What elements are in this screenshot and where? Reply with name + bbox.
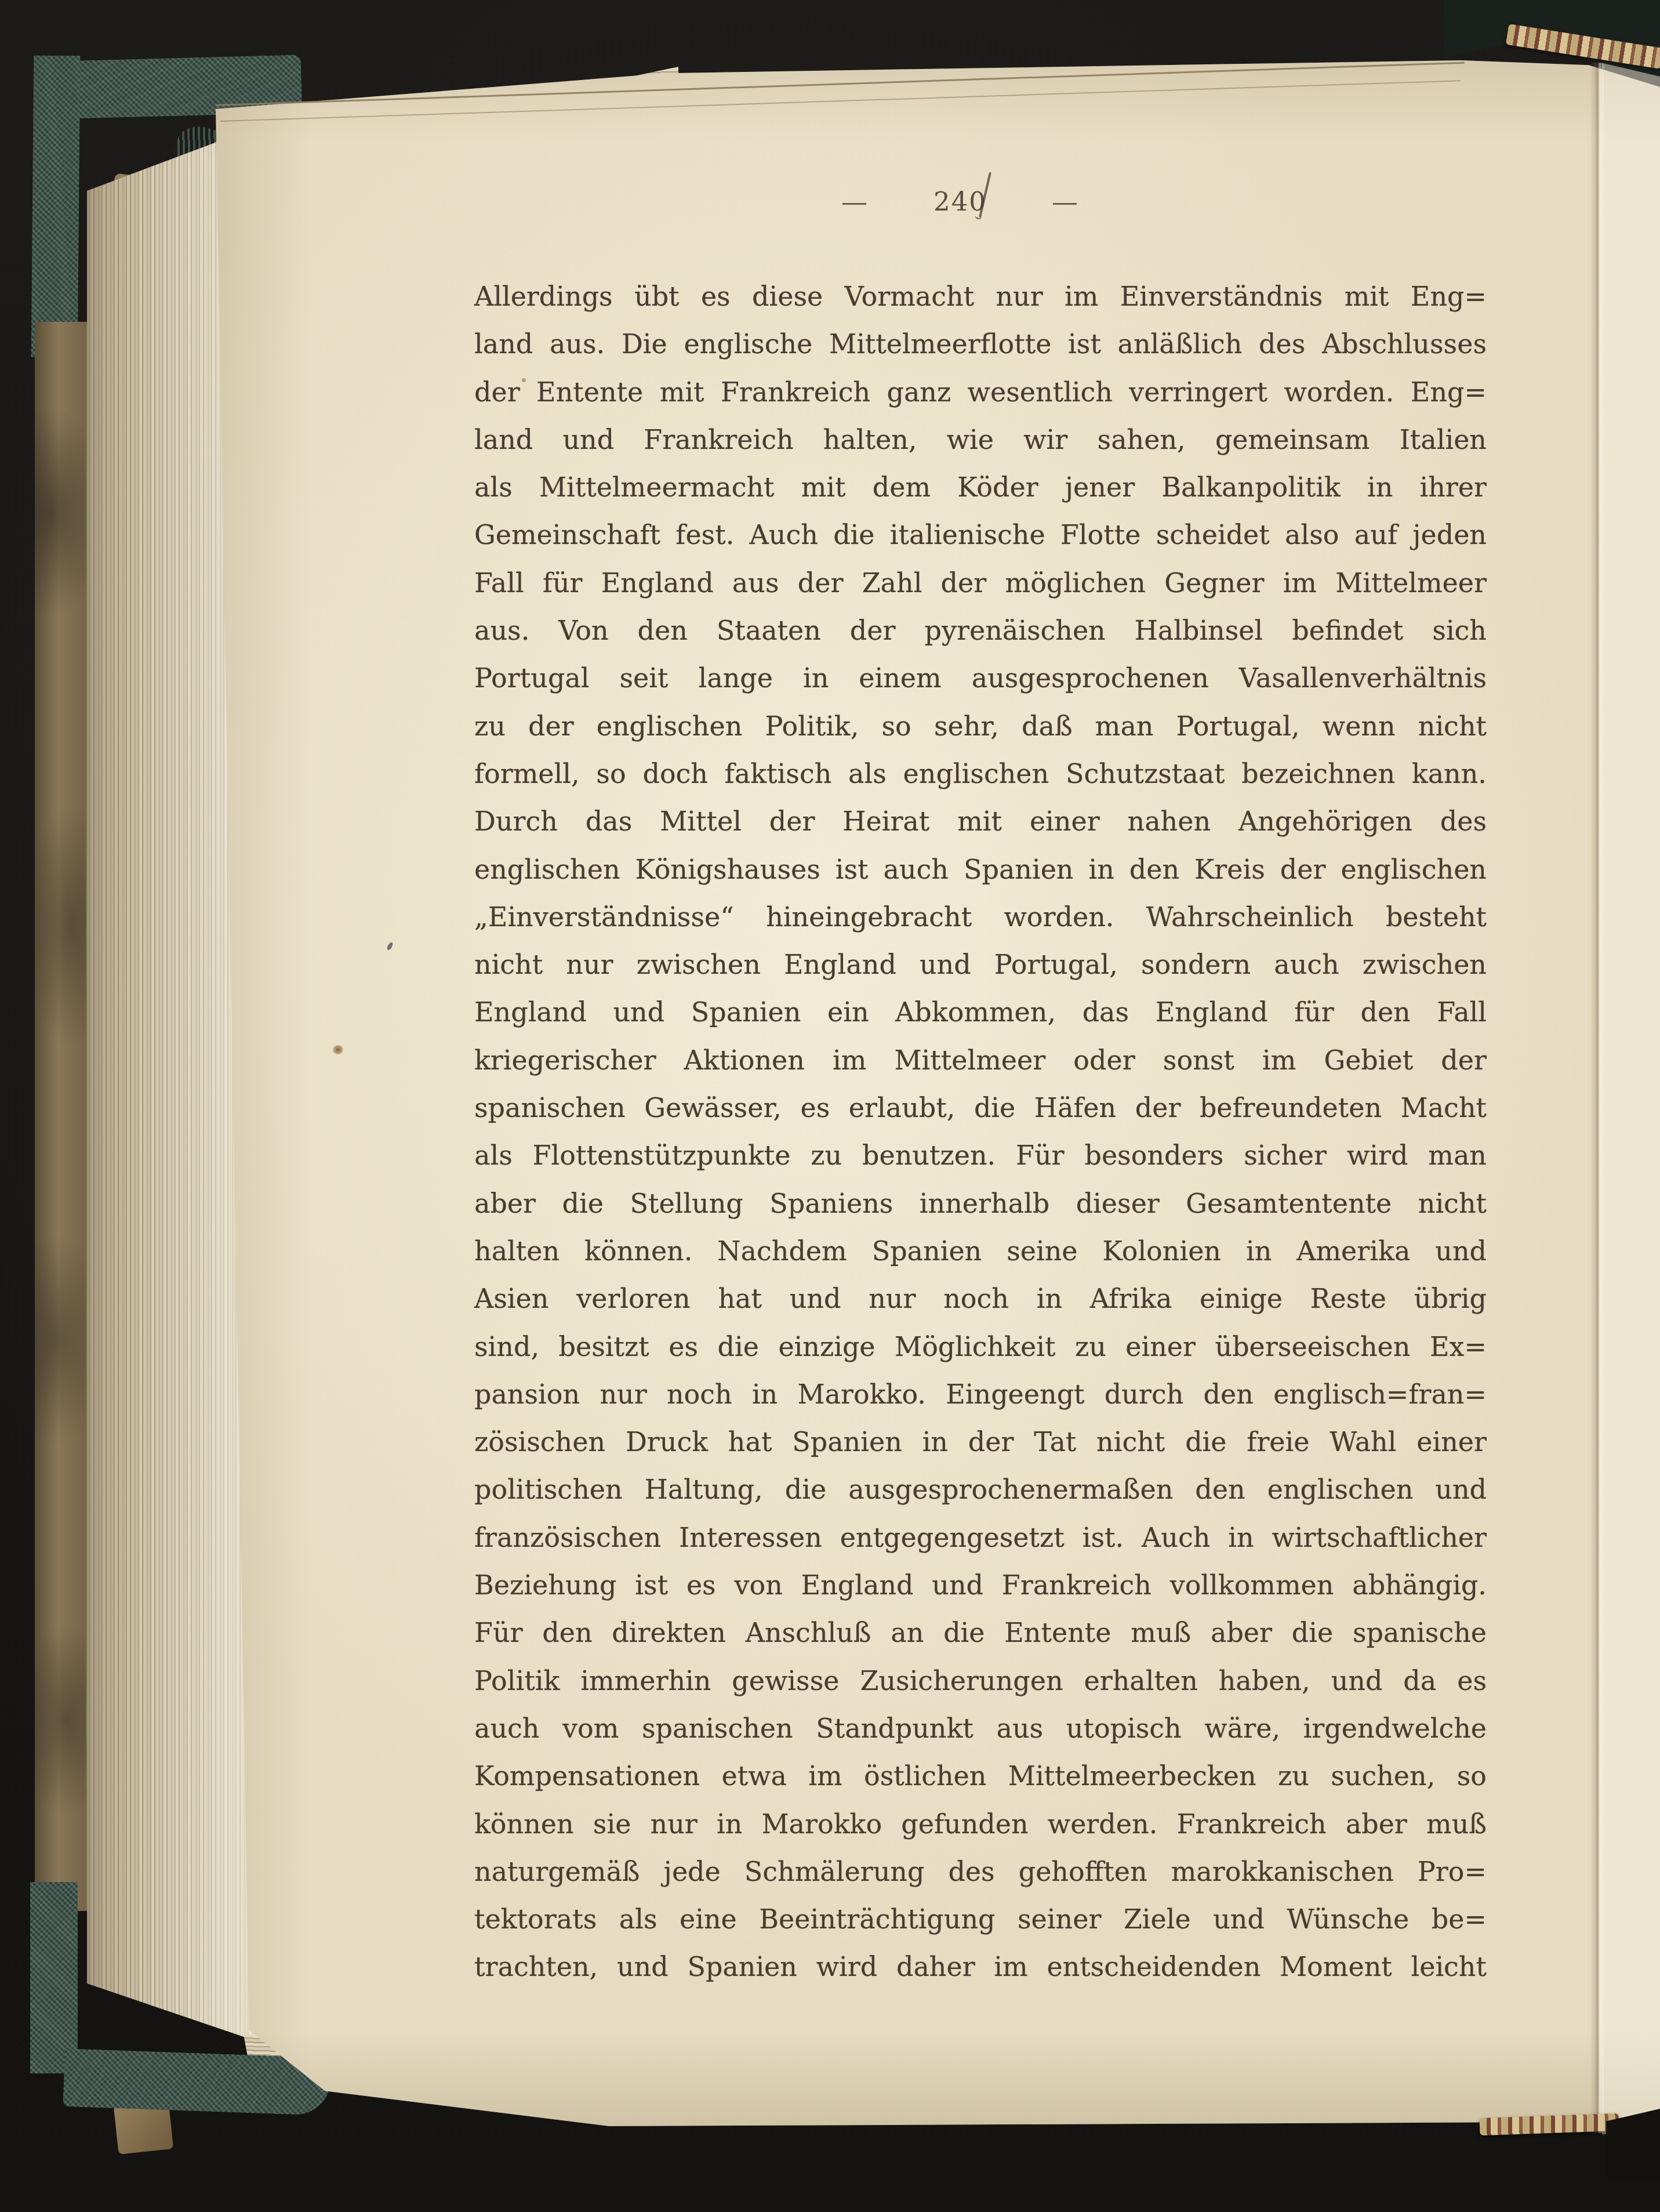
text-line: Fall für England aus der Zahl der möglic…: [474, 559, 1487, 607]
cover-cloth-edge-top: [31, 56, 81, 358]
text-line: „Einverständnisse“ hineingebracht worden…: [474, 893, 1487, 941]
text-line: spanischen Gewässer, es erlaubt, die Häf…: [474, 1084, 1487, 1132]
foxing-spot: [333, 1045, 343, 1054]
text-line: Gemeinschaft fest. Auch die italienische…: [474, 511, 1487, 559]
text-line: Beziehung ist es von England und Frankre…: [474, 1561, 1487, 1609]
text-line: England und Spanien ein Abkommen, das En…: [474, 988, 1487, 1036]
text-line: nicht nur zwischen England und Portugal,…: [474, 941, 1487, 988]
text-line: land aus. Die englische Mittelmeerflotte…: [474, 320, 1487, 368]
text-line: Kompensationen etwa im östlichen Mittelm…: [474, 1752, 1487, 1800]
text-line: halten können. Nachdem Spanien seine Kol…: [474, 1227, 1487, 1275]
text-line: Durch das Mittel der Heirat mit einer na…: [474, 797, 1487, 845]
text-line: trachten, und Spanien wird daher im ents…: [474, 1943, 1487, 1990]
text-line: Allerdings übt es diese Vormacht nur im …: [474, 273, 1487, 320]
gutter-page-area: [1602, 58, 1660, 2134]
text-line: land und Frankreich halten, wie wir sahe…: [474, 416, 1487, 463]
text-line: als Mittelmeermacht mit dem Köder jener …: [474, 463, 1487, 511]
text-line: Politik immerhin gewisse Zusicherungen e…: [474, 1657, 1487, 1705]
text-line: als Flottenstützpunkte zu benutzen. Für …: [474, 1132, 1487, 1179]
text-line: aus. Von den Staaten der pyrenäischen Ha…: [474, 607, 1487, 654]
text-line: können sie nur in Marokko gefunden werde…: [474, 1800, 1487, 1848]
text-line: auch vom spanischen Standpunkt aus utopi…: [474, 1705, 1487, 1752]
text-line: tektorats als eine Beeinträchtigung sein…: [474, 1895, 1487, 1943]
text-line: naturgemäß jede Schmälerung des gehoffte…: [474, 1848, 1487, 1895]
paper-speck: [522, 378, 526, 382]
text-line: zu der englischen Politik, so sehr, daß …: [474, 702, 1487, 750]
text-line: formell, so doch faktisch als englischen…: [474, 750, 1487, 797]
text-line: Asien verloren hat und nur noch in Afrik…: [474, 1275, 1487, 1322]
text-line: Portugal seit lange in einem ausgesproch…: [474, 654, 1487, 702]
header-dash-right: —: [1052, 186, 1079, 217]
text-line: der Entente mit Frankreich ganz wesentli…: [474, 368, 1487, 416]
cover-cloth-edge-bottom: [30, 1882, 78, 2073]
body-text: Allerdings übt es diese Vormacht nur im …: [474, 273, 1487, 1991]
text-line: englischen Königshauses ist auch Spanien…: [474, 846, 1487, 893]
page-header: — 240 —: [455, 181, 1466, 222]
text-line: zösischen Druck hat Spanien in der Tat n…: [474, 1418, 1487, 1466]
text-line: politischen Haltung, die ausgesprochener…: [474, 1466, 1487, 1513]
gutter-crease: [1590, 63, 1605, 2133]
text-line: sind, besitzt es die einzige Möglichkeit…: [474, 1323, 1487, 1370]
header-dash-left: —: [841, 186, 869, 217]
leather-spine-strip: [35, 322, 87, 1911]
text-line: kriegerischer Aktionen im Mittelmeer ode…: [474, 1036, 1487, 1084]
text-line: Für den direkten Anschluß an die Entente…: [474, 1609, 1487, 1656]
text-line: pansion nur noch in Marokko. Eingeengt d…: [474, 1370, 1487, 1418]
text-line: französischen Interessen entgegengesetzt…: [474, 1514, 1487, 1561]
text-line: aber die Stellung Spaniens innerhalb die…: [474, 1180, 1487, 1227]
